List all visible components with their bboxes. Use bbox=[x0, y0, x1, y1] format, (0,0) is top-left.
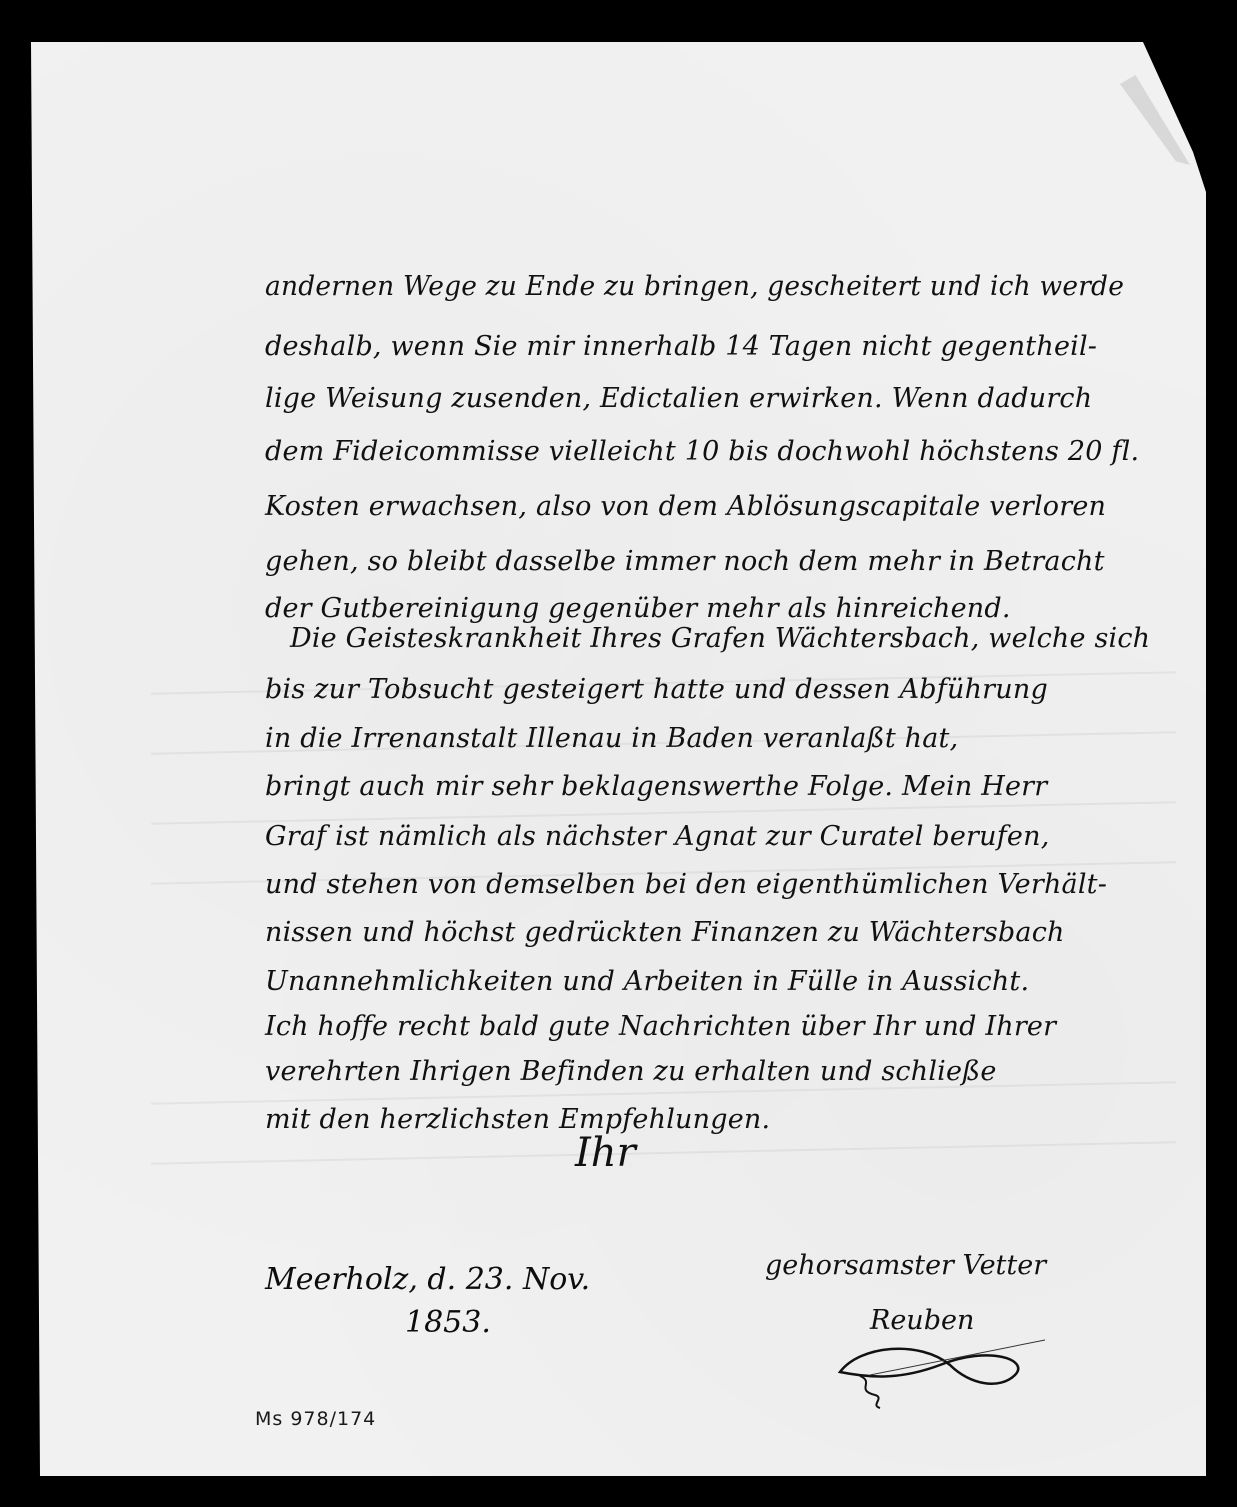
letter-line: Graf ist nämlich als nächster Agnat zur … bbox=[265, 820, 1200, 854]
letter-line: lige Weisung zusenden, Edictalien erwirk… bbox=[265, 382, 1200, 416]
closing-word: Ihr bbox=[575, 1130, 636, 1176]
letter-line: gehen, so bleibt dasselbe immer noch dem… bbox=[265, 545, 1200, 579]
letter-line: der Gutbereinigung gegenüber mehr als hi… bbox=[265, 592, 1200, 626]
letter-line: Ich hoffe recht bald gute Nachrichten üb… bbox=[265, 1010, 1200, 1044]
signature-formula: gehorsamster Vetter bbox=[765, 1250, 1046, 1281]
letter-line: dem Fideicommisse vielleicht 10 bis doch… bbox=[265, 435, 1200, 469]
letter-line: bis zur Tobsucht gesteigert hatte und de… bbox=[265, 673, 1200, 707]
letter-line: verehrten Ihrigen Befinden zu erhalten u… bbox=[265, 1055, 1200, 1089]
letter-line: und stehen von demselben bei den eigenth… bbox=[265, 868, 1200, 902]
signature-flourish-icon bbox=[830, 1320, 1060, 1410]
letter-line: deshalb, wenn Sie mir innerhalb 14 Tagen… bbox=[265, 330, 1200, 364]
letter-line: nissen und höchst gedrückten Finanzen zu… bbox=[265, 916, 1200, 950]
date-year: 1853. bbox=[405, 1305, 491, 1340]
letter-line: andernen Wege zu Ende zu bringen, gesche… bbox=[265, 270, 1181, 304]
letter-line: Unannehmlichkeiten und Arbeiten in Fülle… bbox=[265, 965, 1200, 999]
letter-line: in die Irrenanstalt Illenau in Baden ver… bbox=[265, 722, 1200, 756]
letter-line: Kosten erwachsen, also von dem Ablösungs… bbox=[265, 490, 1200, 524]
date-place: Meerholz, d. 23. Nov. bbox=[265, 1262, 590, 1297]
bleed-through-line bbox=[151, 1141, 1176, 1164]
letter-line: Die Geisteskrankheit Ihres Grafen Wächte… bbox=[290, 622, 1200, 656]
letter-line: bringt auch mir sehr beklagenswerthe Fol… bbox=[265, 770, 1200, 804]
letter-line: mit den herzlichsten Empfehlungen. bbox=[265, 1103, 865, 1137]
archive-shelfmark: Ms 978/174 bbox=[255, 1408, 376, 1430]
